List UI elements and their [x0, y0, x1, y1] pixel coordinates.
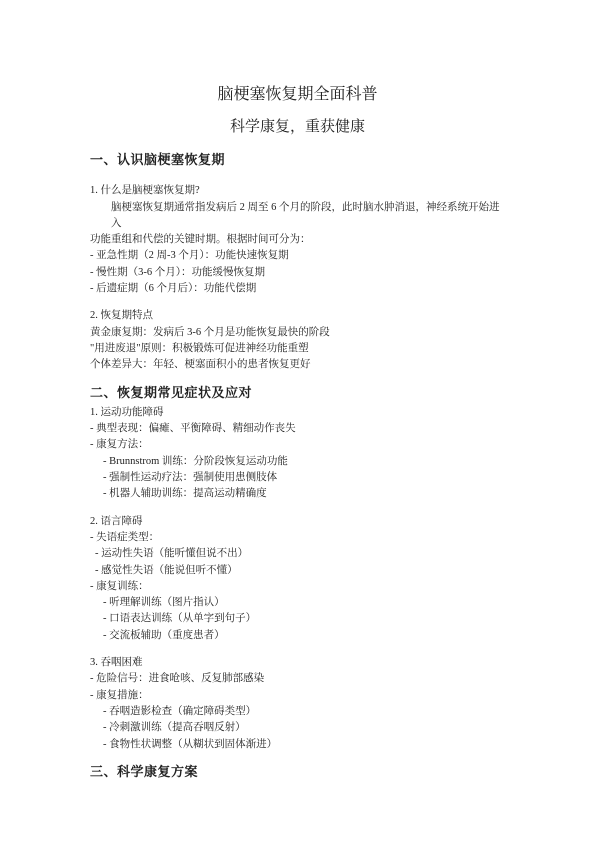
text-line: - 后遗症期（6 个月后）：功能代偿期 [90, 281, 505, 297]
text-line: - 口语表达训练（从单字到句子） [90, 611, 505, 627]
text-line: 2. 恢复期特点 [90, 308, 505, 324]
text-line: - 冷刺激训练（提高吞咽反射） [90, 720, 505, 736]
text-line: - 慢性期（3-6 个月）：功能缓慢恢复期 [90, 265, 505, 281]
text-line: - 吞咽造影检查（确定障碍类型） [90, 704, 505, 720]
text-line: - 失语症类型： [90, 530, 505, 546]
text-line: - 危险信号：进食呛咳、反复肺部感染 [90, 671, 505, 687]
paragraph-spacer [90, 503, 505, 514]
text-line: - 机器人辅助训练：提高运动精确度 [90, 486, 505, 502]
paragraph-spacer [90, 172, 505, 183]
text-line: 脑梗塞恢复期通常指发病后 2 周至 6 个月的阶段，此时脑水肿消退，神经系统开始… [90, 200, 505, 233]
text-line: 黄金康复期：发病后 3-6 个月是功能恢复最快的阶段 [90, 325, 505, 341]
page-subtitle: 科学康复，重获健康 [90, 117, 505, 137]
text-line: 1. 什么是脑梗塞恢复期? [90, 183, 505, 199]
page-title: 脑梗塞恢复期全面科普 [90, 84, 505, 105]
text-line: - 交流板辅助（重度患者） [90, 628, 505, 644]
text-line: 1. 运动功能障碍 [90, 405, 505, 421]
text-line: - 康复训练： [90, 579, 505, 595]
text-line: - 典型表现：偏瘫、平衡障碍、精细动作丧失 [90, 421, 505, 437]
text-line: - 亚急性期（2 周-3 个月）：功能快速恢复期 [90, 248, 505, 264]
section-heading: 三、科学康复方案 [90, 764, 505, 780]
paragraph-spacer [90, 297, 505, 308]
text-line: "用进废退"原则：积极锻炼可促进神经功能重塑 [90, 341, 505, 357]
text-line: 2. 语言障碍 [90, 514, 505, 530]
paragraph-spacer [90, 753, 505, 764]
text-line: 功能重组和代偿的关键时期。根据时间可分为： [90, 232, 505, 248]
document-page: 脑梗塞恢复期全面科普 科学康复，重获健康 一、认识脑梗塞恢复期1. 什么是脑梗塞… [0, 0, 595, 841]
text-line: - 食物性状调整（从糊状到固体渐进） [90, 737, 505, 753]
document-body: 一、认识脑梗塞恢复期1. 什么是脑梗塞恢复期?脑梗塞恢复期通常指发病后 2 周至… [90, 152, 505, 780]
text-line: - 康复措施： [90, 688, 505, 704]
paragraph-spacer [90, 644, 505, 655]
paragraph-spacer [90, 374, 505, 385]
text-line: - 听理解训练（图片指认） [90, 595, 505, 611]
section-heading: 二、恢复期常见症状及应对 [90, 385, 505, 401]
text-line: 3. 吞咽困难 [90, 655, 505, 671]
text-line: - 感觉性失语（能说但听不懂） [90, 563, 505, 579]
text-line: - 运动性失语（能听懂但说不出） [90, 546, 505, 562]
section-heading: 一、认识脑梗塞恢复期 [90, 152, 505, 168]
text-line: - 强制性运动疗法：强制使用患侧肢体 [90, 470, 505, 486]
text-line: - Brunnstrom 训练：分阶段恢复运动功能 [90, 454, 505, 470]
text-line: - 康复方法： [90, 437, 505, 453]
text-line: 个体差异大：年轻、梗塞面积小的患者恢复更好 [90, 357, 505, 373]
